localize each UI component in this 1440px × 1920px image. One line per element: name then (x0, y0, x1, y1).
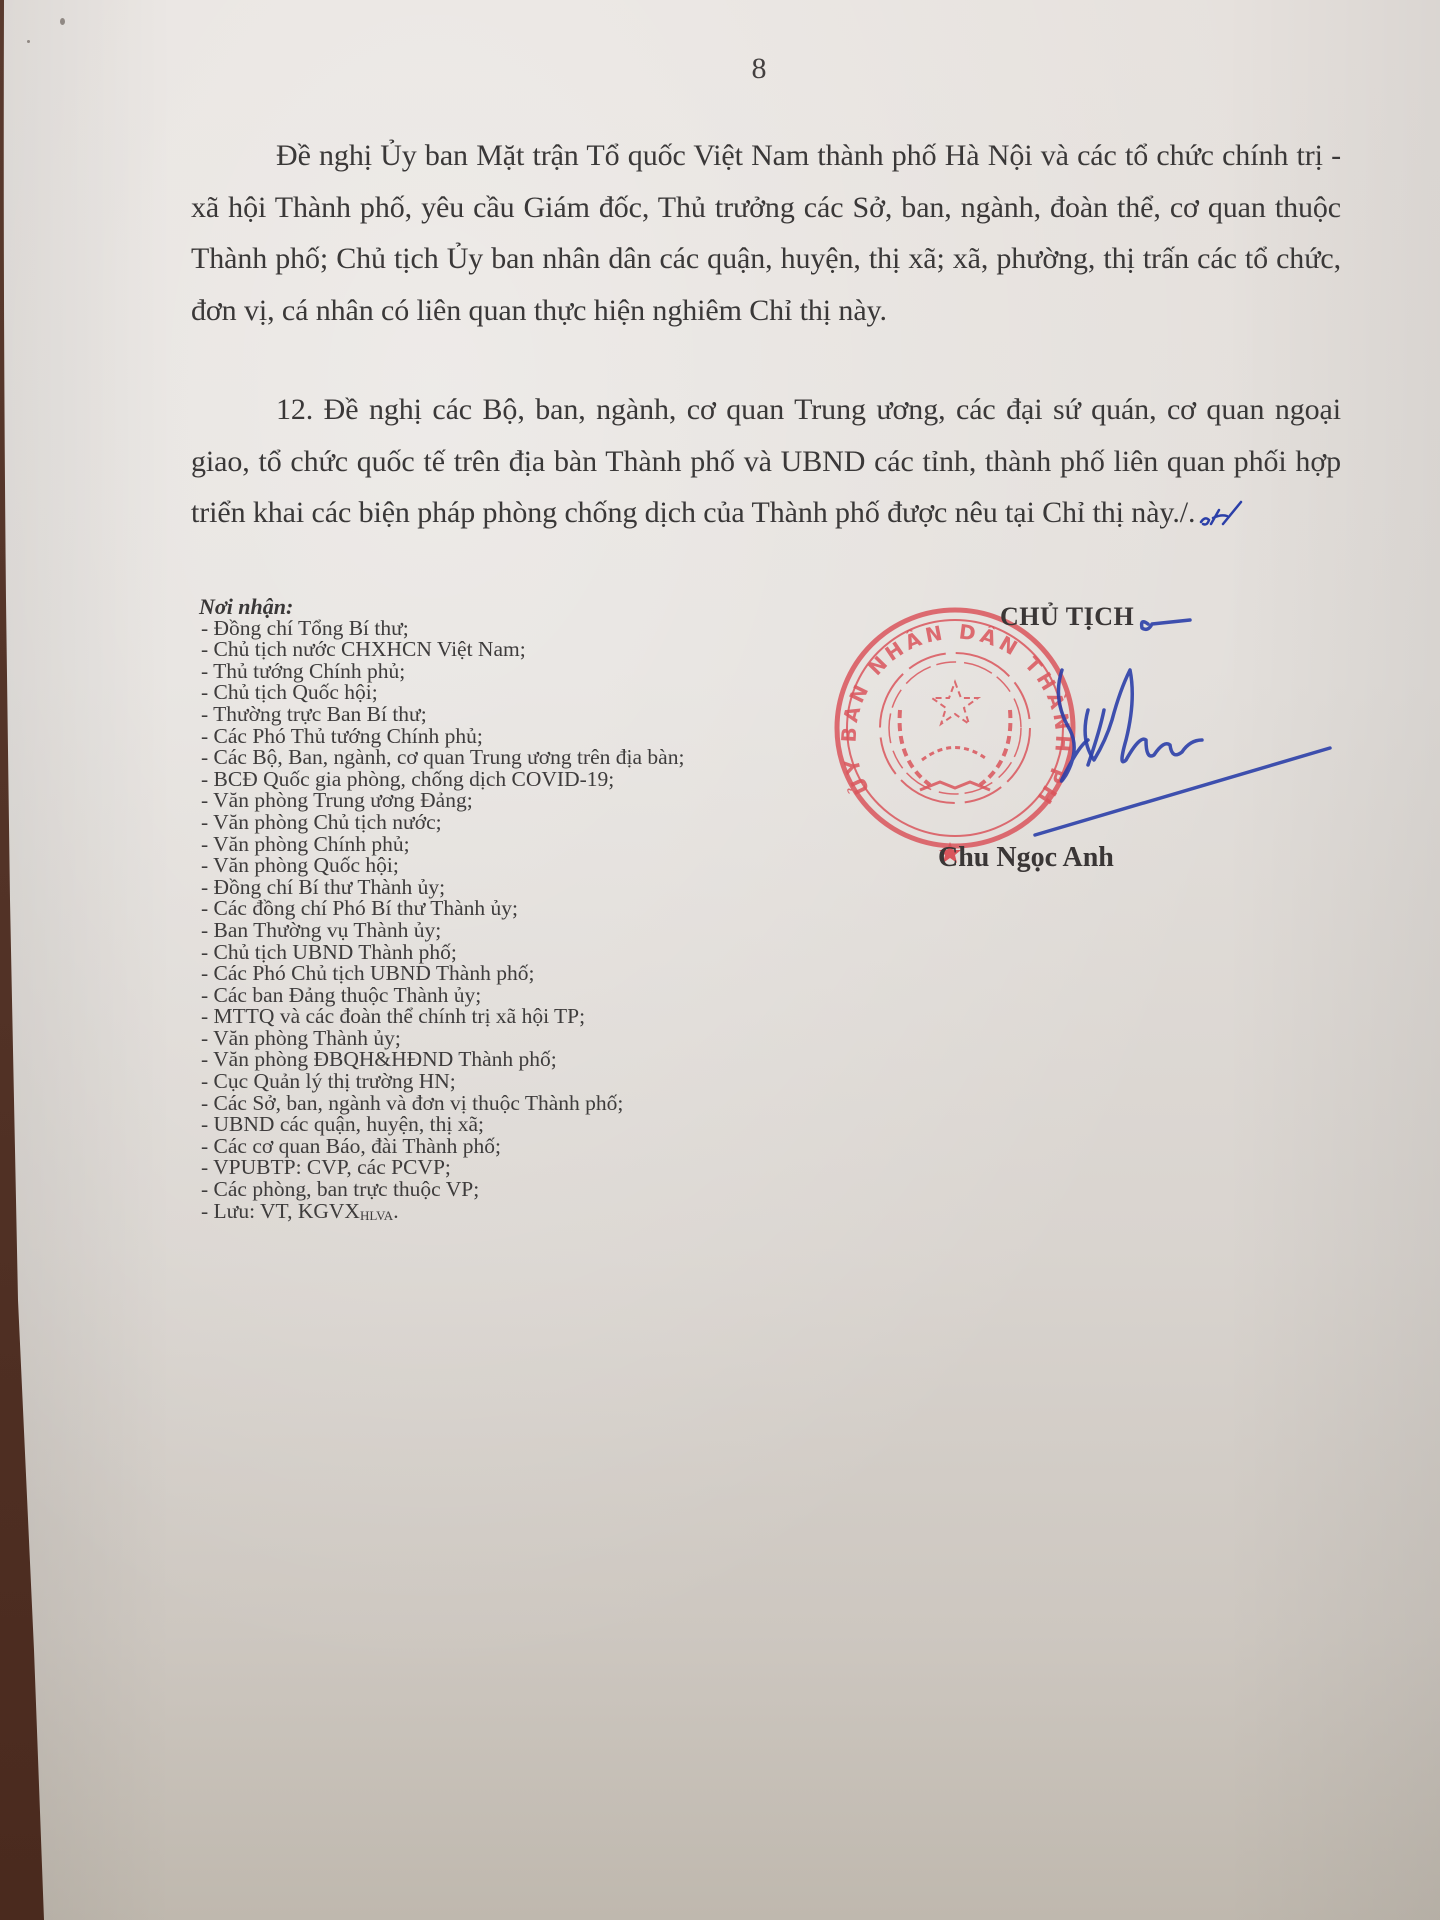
recipient-item: - Các đồng chí Phó Bí thư Thành ủy; (201, 898, 821, 920)
recipient-item: - Văn phòng ĐBQH&HĐND Thành phố; (201, 1049, 821, 1071)
recipient-item-archive: - Lưu: VT, KGVXHLVA. (201, 1201, 821, 1227)
signature-block: ỦY BAN NHÂN DÂN THÀNH PHỐ HÀ NỘI CHỦ TỊC… (830, 590, 1350, 890)
recipient-item: - Các Phó Thủ tướng Chính phủ; (201, 726, 821, 748)
page-number: 8 (0, 52, 1440, 86)
recipient-item: - BCĐ Quốc gia phòng, chống dịch COVID-1… (201, 769, 821, 791)
recipient-item: - Ban Thường vụ Thành ủy; (201, 920, 821, 942)
recipient-item: - Thường trực Ban Bí thư; (201, 704, 821, 726)
paragraph-12-coordination: 12. Đề nghị các Bộ, ban, ngành, cơ quan … (191, 384, 1341, 539)
recipient-item: - Chủ tịch Quốc hội; (201, 682, 821, 704)
paragraph-text: Đề nghị Ủy ban Mặt trận Tổ quốc Việt Nam… (191, 130, 1341, 336)
recipient-item: - Cục Quản lý thị trường HN; (201, 1071, 821, 1093)
recipient-item: - Chủ tịch UBND Thành phố; (201, 942, 821, 964)
recipient-item: - Các phòng, ban trực thuộc VP; (201, 1179, 821, 1201)
recipient-item: - Thủ tướng Chính phủ; (201, 661, 821, 683)
recipients-list: Nơi nhận: - Đồng chí Tổng Bí thư;- Chủ t… (201, 596, 821, 1226)
recipient-item: - Đồng chí Bí thư Thành ủy; (201, 877, 821, 899)
recipient-item: - Các cơ quan Báo, đài Thành phố; (201, 1136, 821, 1158)
recipient-item: - UBND các quận, huyện, thị xã; (201, 1114, 821, 1136)
recipient-item: - VPUBTP: CVP, các PCVP; (201, 1157, 821, 1179)
initial-mark-icon (1197, 498, 1245, 528)
recipient-item: - Chủ tịch nước CHXHCN Việt Nam; (201, 639, 821, 661)
recipient-item: - Văn phòng Trung ương Đảng; (201, 790, 821, 812)
paragraph-request-front: Đề nghị Ủy ban Mặt trận Tổ quốc Việt Nam… (191, 130, 1341, 336)
recipient-items: - Đồng chí Tổng Bí thư;- Chủ tịch nước C… (201, 618, 821, 1201)
recipient-item: - Văn phòng Thành ủy; (201, 1028, 821, 1050)
table-edge (0, 0, 60, 1920)
paper-speck (27, 40, 30, 43)
recipient-item: - Các Sở, ban, ngành và đơn vị thuộc Thà… (201, 1093, 821, 1115)
recipient-item: - Các ban Đảng thuộc Thành ủy; (201, 985, 821, 1007)
handwritten-signature-icon (830, 590, 1350, 890)
recipient-item: - Các Phó Chủ tịch UBND Thành phố; (201, 963, 821, 985)
recipients-title: Nơi nhận: (199, 596, 821, 618)
recipient-item: - Đồng chí Tổng Bí thư; (201, 618, 821, 640)
recipient-item: - MTTQ và các đoàn thể chính trị xã hội … (201, 1006, 821, 1028)
recipient-item: - Văn phòng Chính phủ; (201, 834, 821, 856)
recipient-item: - Văn phòng Quốc hội; (201, 855, 821, 877)
recipient-item: - Văn phòng Chủ tịch nước; (201, 812, 821, 834)
paragraph-text: 12. Đề nghị các Bộ, ban, ngành, cơ quan … (191, 393, 1341, 529)
recipient-item: - Các Bộ, Ban, ngành, cơ quan Trung ương… (201, 747, 821, 769)
paper-speck (60, 18, 65, 25)
